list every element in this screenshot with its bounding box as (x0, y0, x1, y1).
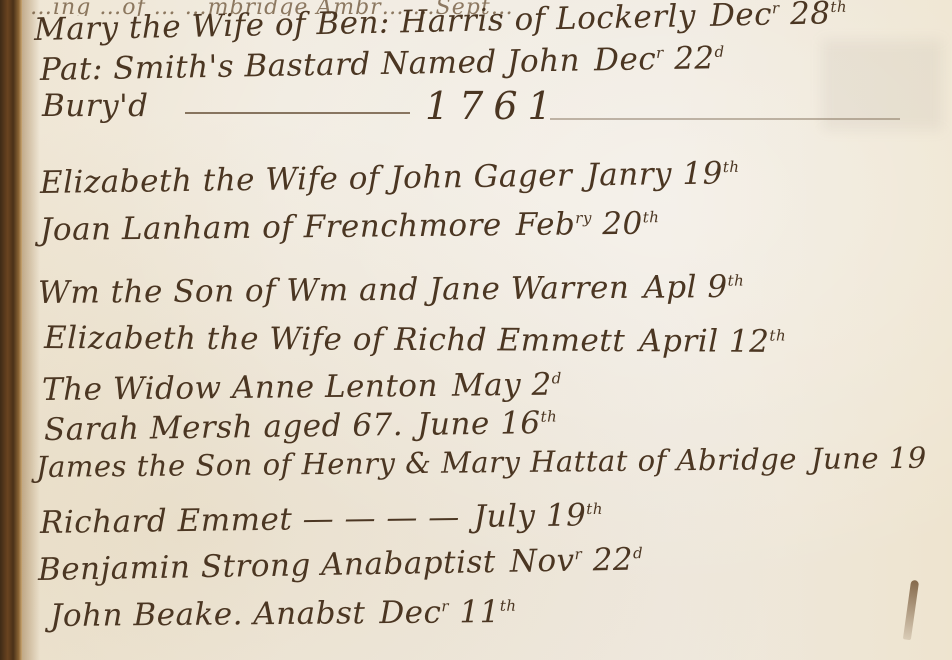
entry-month: Decr 22d (594, 40, 725, 78)
burial-entry: Richard Emmet — — — —July 19th (40, 497, 604, 541)
burial-entry: Pat: Smith's Bastard Named JohnDecr 22d (40, 40, 725, 88)
burial-entry: Joan Lanham of FrenchmoreFebry 20th (40, 206, 660, 248)
entry-month: June 19 (811, 441, 927, 476)
entry-name: John Beake. Anabst (50, 595, 366, 634)
entry-month: Novr 22d (510, 541, 644, 579)
burial-entry: Benjamin Strong AnabaptistNovr 22d (38, 541, 644, 588)
burial-entry: John Beake. AnabstDecr 11th (50, 594, 517, 634)
entry-name: The Widow Anne Lenton (42, 368, 438, 408)
heading-rule (185, 112, 410, 114)
ink-bleed-through (822, 40, 942, 130)
entry-month: Decr 11th (379, 594, 517, 631)
entry-month: April 12th (639, 323, 786, 360)
entry-month: July 19th (473, 497, 603, 535)
entry-month: May 2d (452, 367, 562, 404)
burial-entry: Wm the Son of Wm and Jane WarrenApl 9th (38, 269, 745, 311)
burial-entry: The Widow Anne LentonMay 2d (42, 367, 562, 408)
entry-name: Elizabeth the Wife of John Gager (40, 158, 573, 201)
burial-entry: Elizabeth the Wife of John GagerJanry 19… (40, 155, 740, 201)
burial-heading: Bury'd (42, 88, 148, 124)
book-spine (0, 0, 22, 660)
entry-month: Janry 19th (586, 155, 740, 193)
entry-name: Pat: Smith's Bastard Named John (40, 43, 581, 88)
entry-name: Elizabeth the Wife of Richd Emmett (44, 320, 625, 359)
entry-month: Apl 9th (643, 269, 744, 306)
entry-month: Decr 28th (710, 0, 848, 34)
entry-name: James the Son of Henry & Mary Hattat of … (36, 442, 797, 484)
entry-month: June 16th (417, 405, 558, 443)
register-page: …ing …of … …mbridge Ambr… …Sept… Mary th… (0, 0, 952, 660)
year-heading: 1761 (425, 84, 562, 128)
burial-entry: Sarah Mersh aged 67.June 16th (44, 405, 558, 448)
entry-month: Febry 20th (516, 206, 660, 244)
entry-name: Wm the Son of Wm and Jane Warren (38, 270, 630, 311)
entry-name: Richard Emmet — — — — (40, 499, 460, 541)
burial-entry: James the Son of Henry & Mary Hattat of … (36, 441, 927, 484)
ink-stain (903, 580, 919, 641)
heading-rule-right (550, 118, 900, 120)
entry-name: Benjamin Strong Anabaptist (38, 544, 496, 588)
entry-name: Sarah Mersh aged 67. (44, 407, 404, 448)
entry-name: Joan Lanham of Frenchmore (40, 207, 502, 248)
burial-entry: Elizabeth the Wife of Richd EmmettApril … (44, 320, 786, 360)
